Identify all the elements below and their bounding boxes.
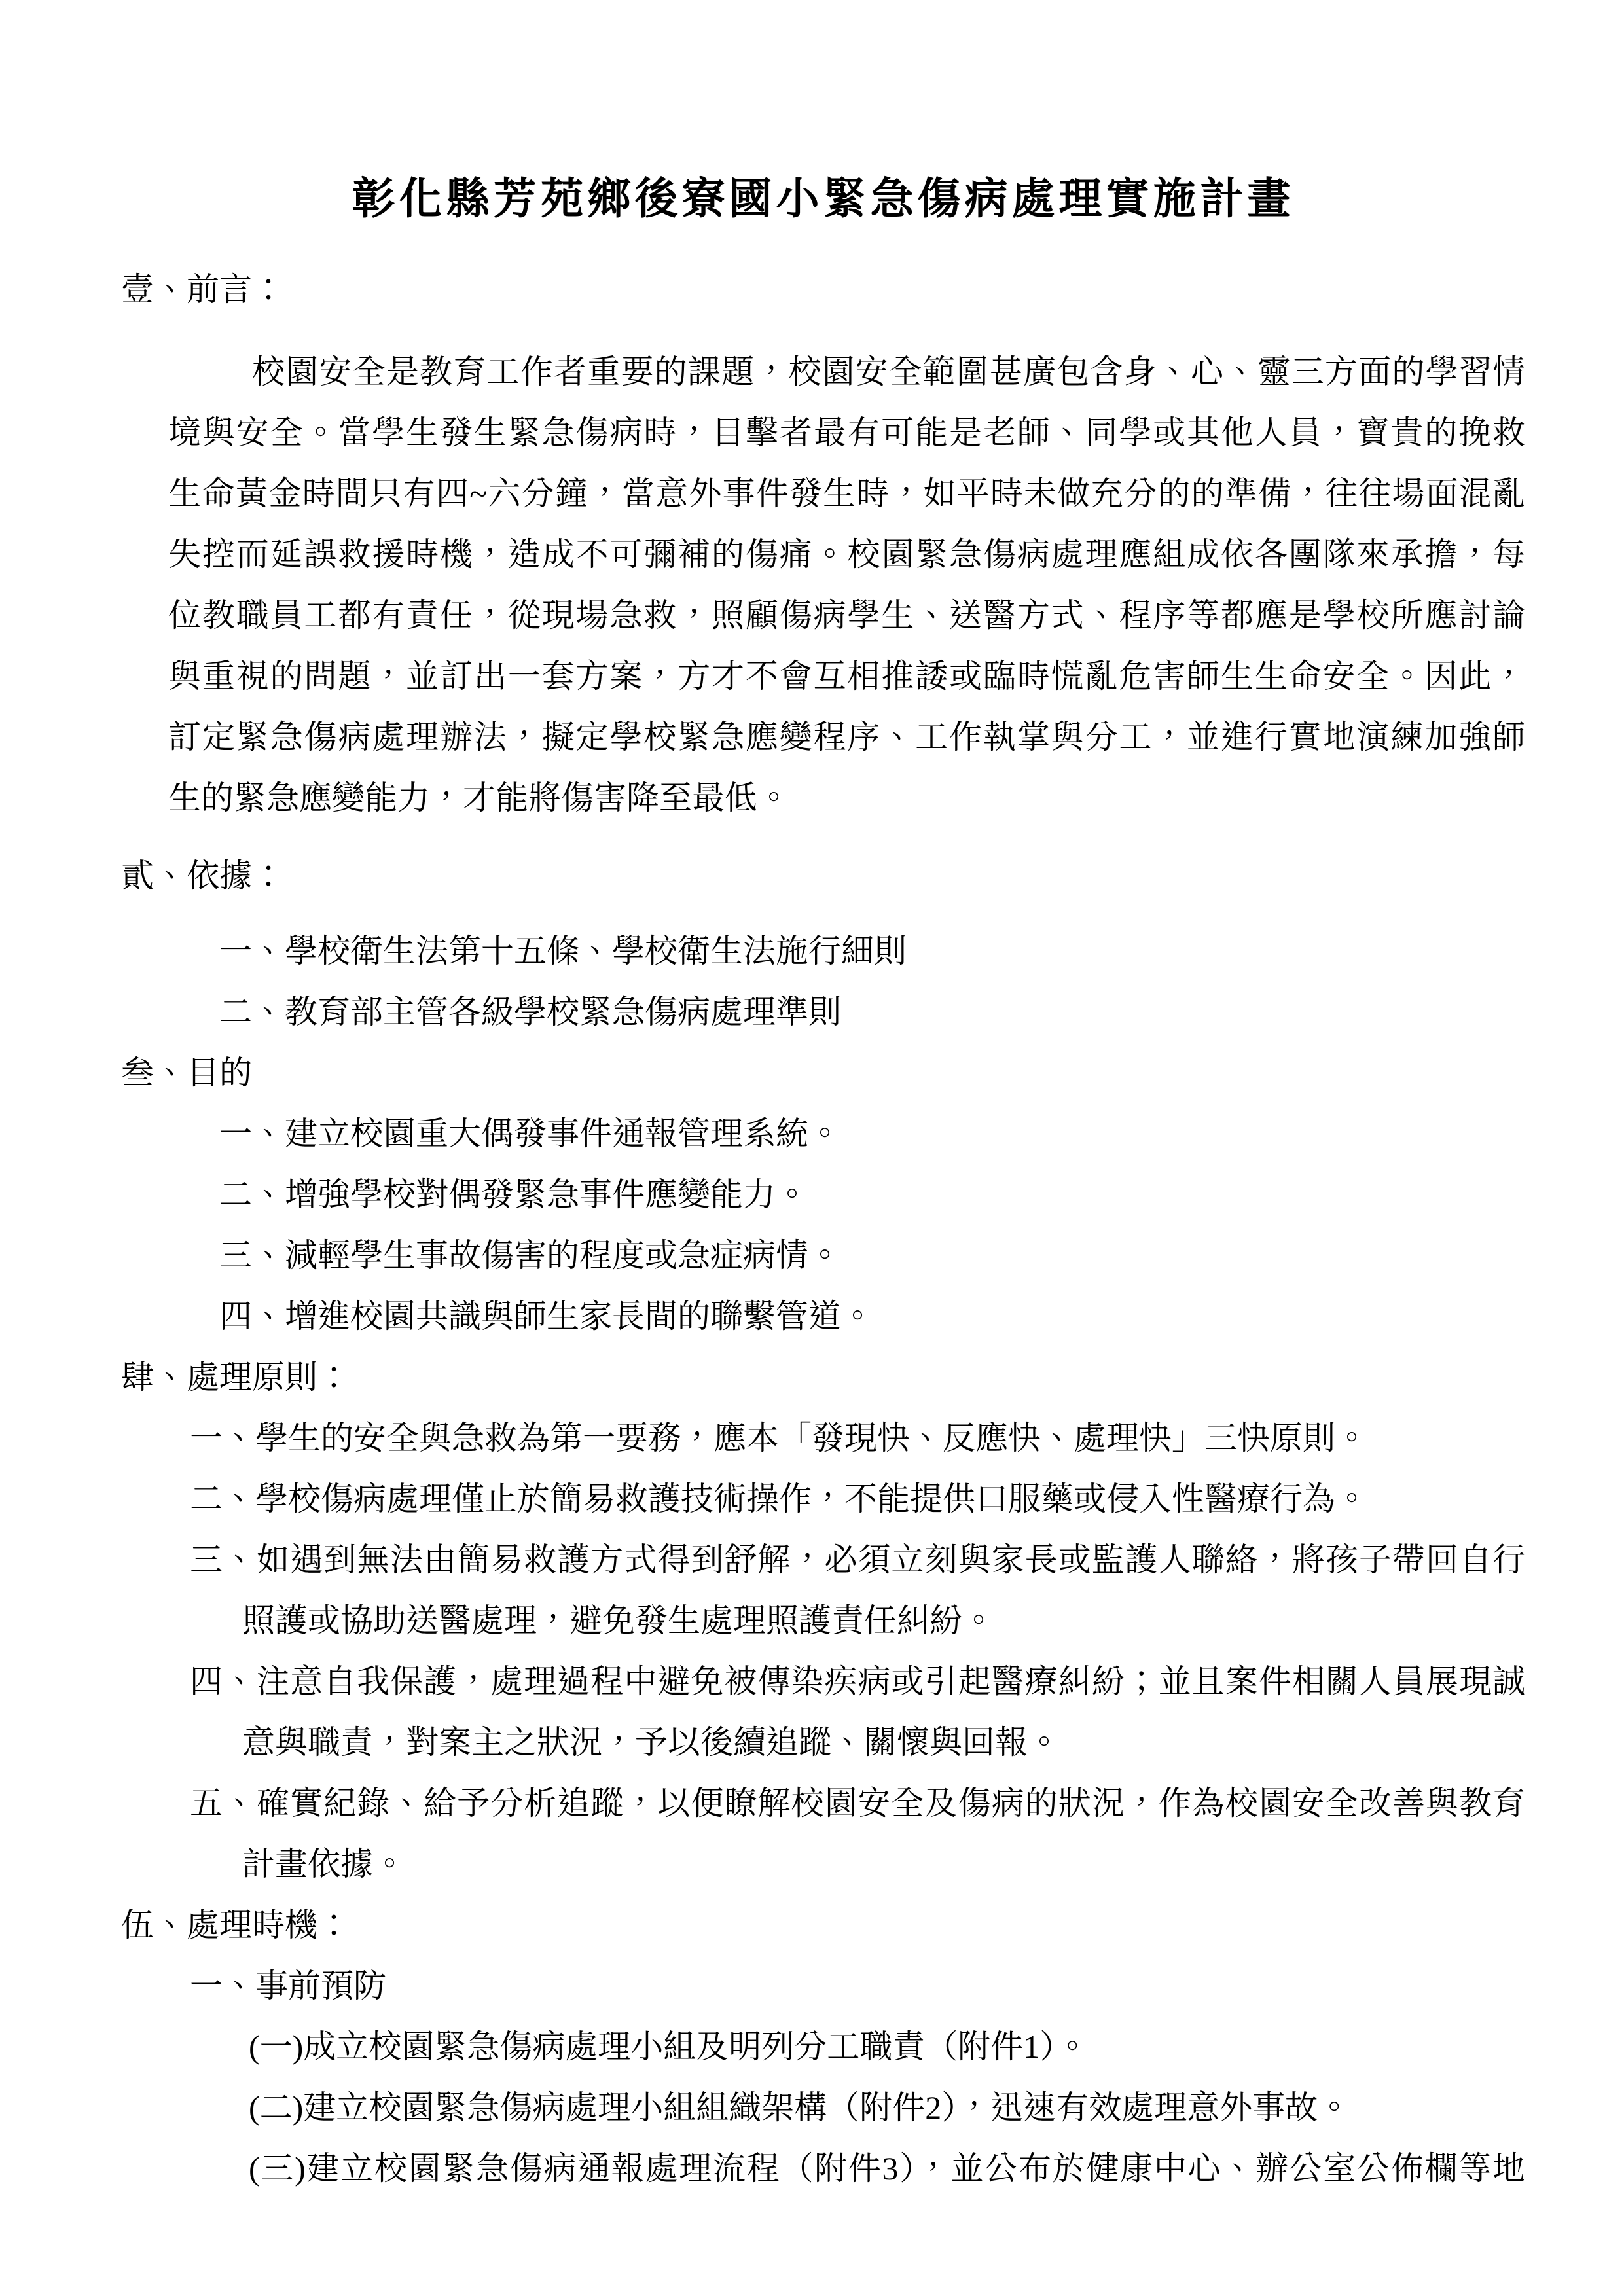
paragraph-line: 失控而延誤救援時機，造成不可彌補的傷痛。校園緊急傷病處理應組成依各團隊來承擔，每	[168, 524, 1525, 585]
list-item: 二、教育部主管各級學校緊急傷病處理準則	[219, 982, 1525, 1043]
sub-list-item: (二)建立校園緊急傷病處理小組組織架構（附件2），迅速有效處理意外事故。	[249, 2077, 1525, 2138]
list-item: 二、學校傷病處理僅止於簡易救護技術操作，不能提供口服藥或侵入性醫療行為。	[190, 1469, 1525, 1530]
paragraph-line: 生的緊急應變能力，才能將傷害降至最低。	[168, 768, 1525, 829]
paragraph-line: 生命黃金時間只有四~六分鐘，當意外事件發生時，如平時未做充分的的準備，往往場面混…	[168, 463, 1525, 524]
list-item: 三、減輕學生事故傷害的程度或急症病情。	[219, 1225, 1525, 1286]
section-heading-3: 叁、目的	[121, 1043, 1525, 1103]
sub-heading: 一、事前預防	[190, 1956, 1525, 2017]
paragraph-line: 與重視的問題，並訂出一套方案，方才不會互相推諉或臨時慌亂危害師生生命安全。因此，	[168, 646, 1525, 707]
paragraph-line: 校園安全是教育工作者重要的課題，校園安全範圍甚廣包含身、心、靈三方面的學習情	[168, 342, 1525, 403]
document-page: 彰化縣芳苑鄉後寮國小緊急傷病處理實施計畫 壹、前言： 校園安全是教育工作者重要的…	[0, 0, 1624, 2296]
purpose-list: 一、建立校園重大偶發事件通報管理系統。 二、增強學校對偶發緊急事件應變能力。 三…	[121, 1103, 1525, 1347]
list-item: 四、注意自我保護，處理過程中避免被傳染疾病或引起醫療糾紛；並且案件相關人員展現誠	[190, 1651, 1525, 1712]
basis-list: 一、學校衛生法第十五條、學校衛生法施行細則 二、教育部主管各級學校緊急傷病處理準…	[121, 921, 1525, 1043]
section-heading-1: 壹、前言：	[121, 259, 1525, 320]
section-heading-5: 伍、處理時機：	[121, 1895, 1525, 1956]
list-item-continuation: 計畫依據。	[242, 1834, 1525, 1895]
section-heading-4: 肆、處理原則：	[121, 1347, 1525, 1408]
section-heading-2: 貳、依據：	[121, 846, 1525, 906]
list-item-continuation: 意與職責，對案主之狀況，予以後續追蹤、關懷與回報。	[242, 1712, 1525, 1773]
principles-list: 一、學生的安全與急救為第一要務，應本「發現快、反應快、處理快」三快原則。 二、學…	[121, 1408, 1525, 1895]
list-item: 一、學校衛生法第十五條、學校衛生法施行細則	[219, 921, 1525, 982]
list-item: 三、如遇到無法由簡易救護方式得到舒解，必須立刻與家長或監護人聯絡，將孩子帶回自行	[190, 1530, 1525, 1590]
list-item: 五、確實紀錄、給予分析追蹤，以便瞭解校園安全及傷病的狀況，作為校園安全改善與教育	[190, 1773, 1525, 1834]
timing-list: 一、事前預防 (一)成立校園緊急傷病處理小組及明列分工職責（附件1）。 (二)建…	[121, 1956, 1525, 2199]
paragraph-line: 訂定緊急傷病處理辦法，擬定學校緊急應變程序、工作執掌與分工，並進行實地演練加強師	[168, 707, 1525, 768]
sub-list-item: (一)成立校園緊急傷病處理小組及明列分工職責（附件1）。	[249, 2017, 1525, 2077]
list-item: 四、增進校園共識與師生家長間的聯繫管道。	[219, 1286, 1525, 1347]
list-item: 一、學生的安全與急救為第一要務，應本「發現快、反應快、處理快」三快原則。	[190, 1408, 1525, 1469]
list-item-continuation: 照護或協助送醫處理，避免發生處理照護責任糾紛。	[242, 1590, 1525, 1651]
document-title: 彰化縣芳苑鄉後寮國小緊急傷病處理實施計畫	[121, 178, 1525, 221]
paragraph-line: 境與安全。當學生發生緊急傷病時，目擊者最有可能是老師、同學或其他人員，寶貴的挽救	[168, 403, 1525, 463]
list-item: 二、增強學校對偶發緊急事件應變能力。	[219, 1164, 1525, 1225]
sub-list-item: (三)建立校園緊急傷病通報處理流程（附件3），並公布於健康中心、辦公室公佈欄等地	[249, 2138, 1525, 2199]
list-item: 一、建立校園重大偶發事件通報管理系統。	[219, 1103, 1525, 1164]
preface-paragraph: 校園安全是教育工作者重要的課題，校園安全範圍甚廣包含身、心、靈三方面的學習情 境…	[121, 342, 1525, 829]
paragraph-line: 位教職員工都有責任，從現場急救，照顧傷病學生、送醫方式、程序等都應是學校所應討論	[168, 585, 1525, 646]
